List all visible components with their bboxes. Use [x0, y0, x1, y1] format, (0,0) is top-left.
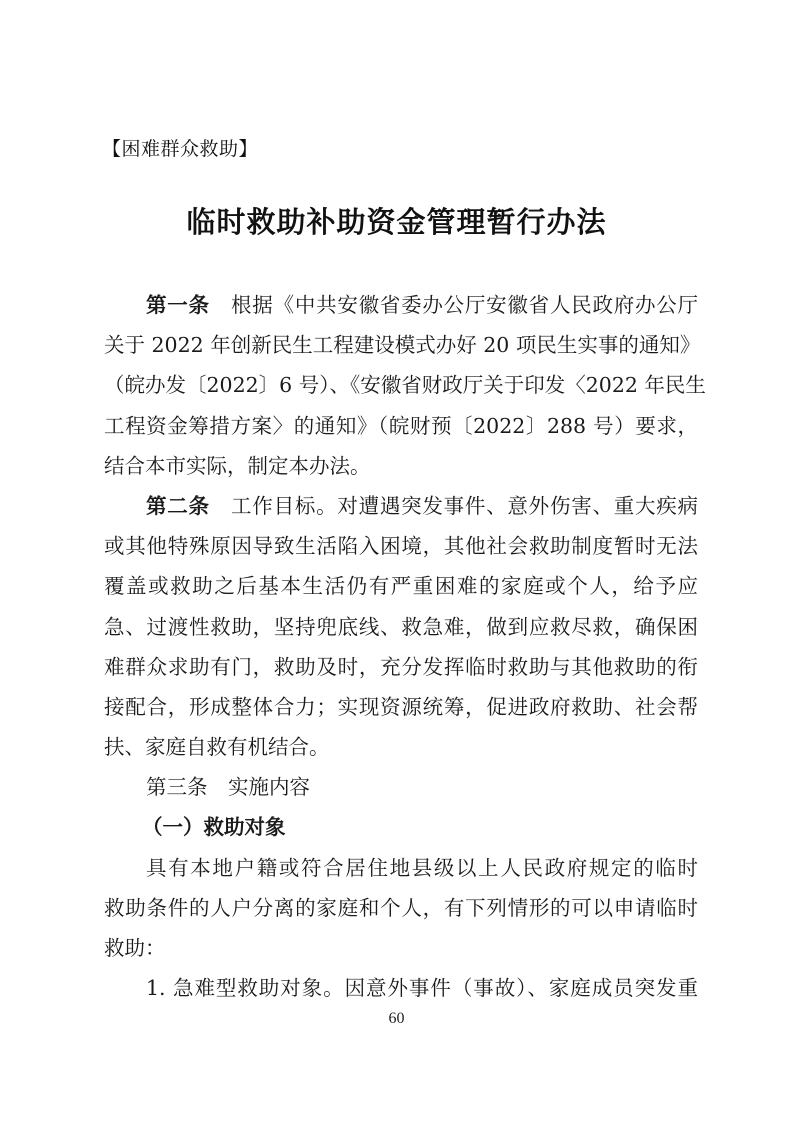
subsection-1-line-1: 具有本地户籍或符合居住地县级以上人民政府规定的临时 — [104, 848, 698, 888]
article-2-term: 第二条 — [146, 494, 210, 518]
article-3-term: 第三条 — [146, 775, 208, 799]
article-1-term: 第一条 — [146, 293, 210, 317]
article-1-line-2: 关于 2022 年创新民生工程建设模式办好 20 项民生实事的通知》 — [104, 325, 698, 365]
article-2-line-1: 第二条 工作目标。对遭遇突发事件、意外伤害、重大疾病 — [104, 486, 698, 526]
subsection-1-line-2: 救助条件的人户分离的家庭和个人，有下列情形的可以申请临时 — [104, 888, 698, 928]
article-2-line-5: 难群众求助有门，救助及时，充分发挥临时救助与其他救助的衔 — [104, 647, 698, 687]
article-1-line-3: （皖办发〔2022〕6 号）、《安徽省财政厅关于印发〈2022 年民生 — [104, 365, 698, 405]
subsection-1-heading: （一）救助对象 — [104, 807, 698, 847]
article-2-line-2: 或其他特殊原因导致生活陷入困境，其他社会救助制度暂时无法 — [104, 526, 698, 566]
article-1-line-5: 结合本市实际，制定本办法。 — [104, 446, 698, 486]
article-1-line-4: 工程资金筹措方案〉的通知》（皖财预〔2022〕288 号）要求， — [104, 406, 698, 446]
page-number: 60 — [0, 1010, 793, 1028]
article-2-line-6: 接配合，形成整体合力；实现资源统筹，促进政府救助、社会帮 — [104, 687, 698, 727]
article-1-line-1: 第一条 根据《中共安徽省委办公厅安徽省人民政府办公厅 — [104, 285, 698, 325]
document-title: 临时救助补助资金管理暂行办法 — [0, 200, 793, 241]
article-3-line: 第三条 实施内容 — [104, 767, 698, 807]
item-1-line: 1. 急难型救助对象。因意外事件（事故）、家庭成员突发重 — [104, 968, 698, 1008]
article-2-line-3: 覆盖或救助之后基本生活仍有严重困难的家庭或个人，给予应 — [104, 566, 698, 606]
article-2-line-4: 急、过渡性救助，坚持兜底线、救急难，做到应救尽救，确保困 — [104, 607, 698, 647]
section-tag: 【困难群众救助】 — [102, 134, 258, 161]
document-page: 【困难群众救助】 临时救助补助资金管理暂行办法 第一条 根据《中共安徽省委办公厅… — [0, 0, 793, 1122]
document-body: 第一条 根据《中共安徽省委办公厅安徽省人民政府办公厅 关于 2022 年创新民生… — [104, 285, 698, 1008]
article-2-line-7: 扶、家庭自救有机结合。 — [104, 727, 698, 767]
subsection-1-line-3: 救助： — [104, 928, 698, 968]
